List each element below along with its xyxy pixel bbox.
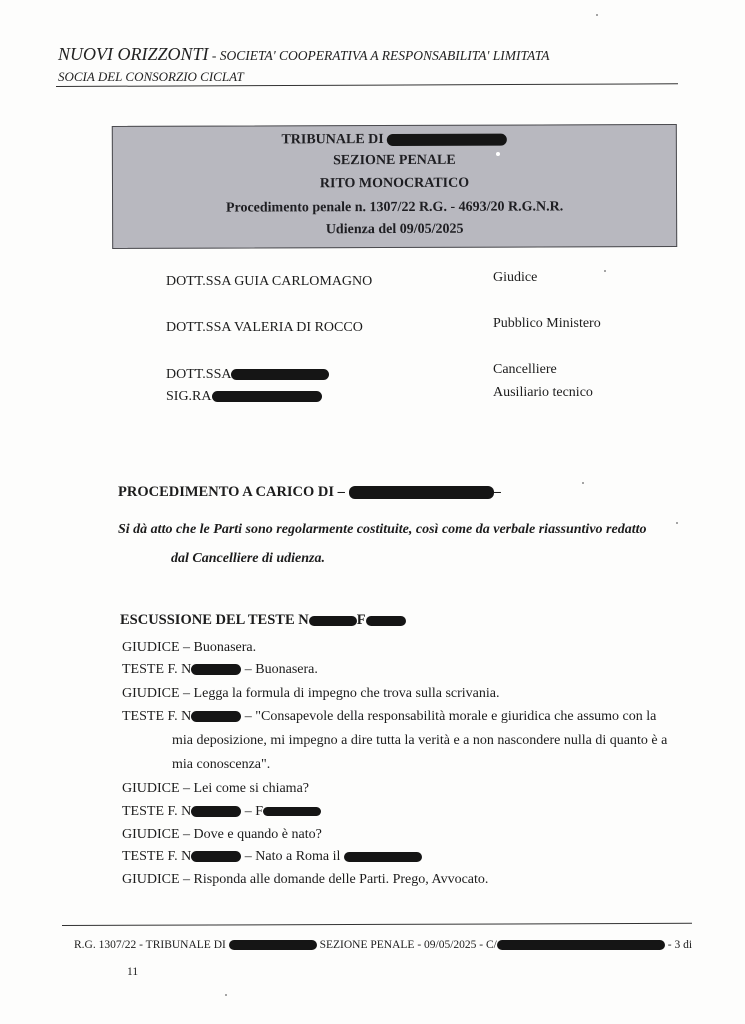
court-info-box: TRIBUNALE DI SEZIONE PENALE RITO MONOCRA… [112,124,677,249]
examination-title: ESCUSSIONE DEL TESTE N [120,612,309,628]
party-name-clerk: DOTT.SSA [166,367,329,383]
party-name-technician: SIG.RA [166,389,322,405]
party-title: SIG.RA [166,389,212,404]
utterance: – F [241,804,263,819]
dialogue-line: GIUDICE – Buonasera. [122,640,256,656]
speaker: TESTE F. N [122,709,191,724]
footer-reference: R.G. 1307/22 - TRIBUNALE DI SEZIONE PENA… [74,939,692,951]
redaction-mark [263,807,321,816]
scan-speck [582,482,584,484]
footer-section-date: SEZIONE PENALE - 09/05/2025 - C/ [317,939,497,951]
redaction-mark [309,616,357,626]
scan-speck [604,270,606,272]
utterance: – Lei come si chiama? [180,781,309,796]
company-name: NUOVI ORIZZONTI [58,44,209,64]
footer-case-ref: R.G. 1307/22 - TRIBUNALE DI [74,939,226,951]
redaction-mark [191,851,241,862]
dialogue-line: GIUDICE – Dove e quando è nato? [122,827,322,843]
dash: – [494,484,501,500]
dialogue-line: GIUDICE – Risponda alle domande delle Pa… [122,872,488,888]
proceeding-against-label: PROCEDIMENTO A CARICO DI – [118,484,345,500]
redaction-mark [366,616,406,626]
party-role-clerk: Cancelliere [493,362,557,378]
speaker: TESTE F. N [122,849,191,864]
utterance: – Nato a Roma il [241,849,344,864]
dialogue-line: TESTE F. N – F [122,804,321,820]
redaction-mark [497,940,665,950]
hearing-date: Udienza del 09/05/2025 [113,221,676,239]
redaction-mark [229,940,317,950]
speaker: GIUDICE [122,827,180,842]
redaction-mark [344,852,422,862]
redaction-mark [212,391,322,402]
scan-speck [596,14,598,16]
party-title: DOTT.SSA [166,367,231,382]
party-role-prosecutor: Pubblico Ministero [493,316,601,332]
utterance: – Buonasera. [241,662,318,677]
note-line-1: Si dà atto che le Parti sono regolarment… [118,522,646,538]
speaker: GIUDICE [122,872,180,887]
speaker: GIUDICE [122,686,180,701]
dialogue-continuation: mia deposizione, mi impegno a dire tutta… [172,733,667,749]
proceeding-against-heading: PROCEDIMENTO A CARICO DI – – [118,484,501,501]
dialogue-line: TESTE F. N – "Consapevole della responsa… [122,709,656,725]
company-header: NUOVI ORIZZONTI - SOCIETA' COOPERATIVA A… [58,44,550,65]
speaker: TESTE F. N [122,662,191,677]
party-role-judge: Giudice [493,270,537,286]
utterance: – Dove e quando è nato? [180,827,322,842]
tribunal-label: TRIBUNALE DI [281,132,383,147]
section-label: SEZIONE PENALE [113,152,676,170]
note-line-2: dal Cancelliere di udienza. [171,551,325,567]
footer-page-number: - 3 di [665,939,692,951]
redaction-mark [349,486,494,499]
consortium-membership: SOCIA DEL CONSORZIO CICLAT [58,69,244,85]
redaction-mark [231,369,329,380]
speaker: TESTE F. N [122,804,191,819]
utterance: – "Consapevole della responsabilità mora… [241,709,656,724]
speaker: GIUDICE [122,640,180,655]
rite-label: RITO MONOCRATICO [113,175,676,193]
utterance: – Risponda alle domande delle Parti. Pre… [180,872,489,887]
scan-speck [496,152,500,156]
proceeding-number: Procedimento penale n. 1307/22 R.G. - 46… [113,199,676,217]
footer-divider [62,923,692,926]
party-role-technician: Ausiliario tecnico [493,385,593,401]
initial: F [357,612,366,628]
redaction-mark [191,664,241,675]
dialogue-line: GIUDICE – Legga la formula di impegno ch… [122,686,500,702]
company-description: - SOCIETA' COOPERATIVA A RESPONSABILITA'… [209,48,550,63]
footer-page-total: 11 [127,966,138,978]
party-name-judge: DOTT.SSA GUIA CARLOMAGNO [166,274,372,290]
dialogue-line: TESTE F. N – Nato a Roma il [122,849,422,865]
utterance: – Buonasera. [180,640,257,655]
speaker: GIUDICE [122,781,180,796]
examination-heading: ESCUSSIONE DEL TESTE NF [120,612,406,629]
dialogue-line: TESTE F. N – Buonasera. [122,662,318,678]
redaction-mark [191,711,241,722]
dialogue-line: GIUDICE – Lei come si chiama? [122,781,309,797]
dialogue-continuation: mia conoscenza". [172,757,270,773]
scan-speck [225,994,227,996]
utterance: – Legga la formula di impegno che trova … [180,686,500,701]
party-name-prosecutor: DOTT.SSA VALERIA DI ROCCO [166,320,363,336]
scan-speck [676,522,678,524]
redaction-mark [191,806,241,817]
redaction-mark [387,133,507,145]
tribunal-line: TRIBUNALE DI [113,131,676,149]
